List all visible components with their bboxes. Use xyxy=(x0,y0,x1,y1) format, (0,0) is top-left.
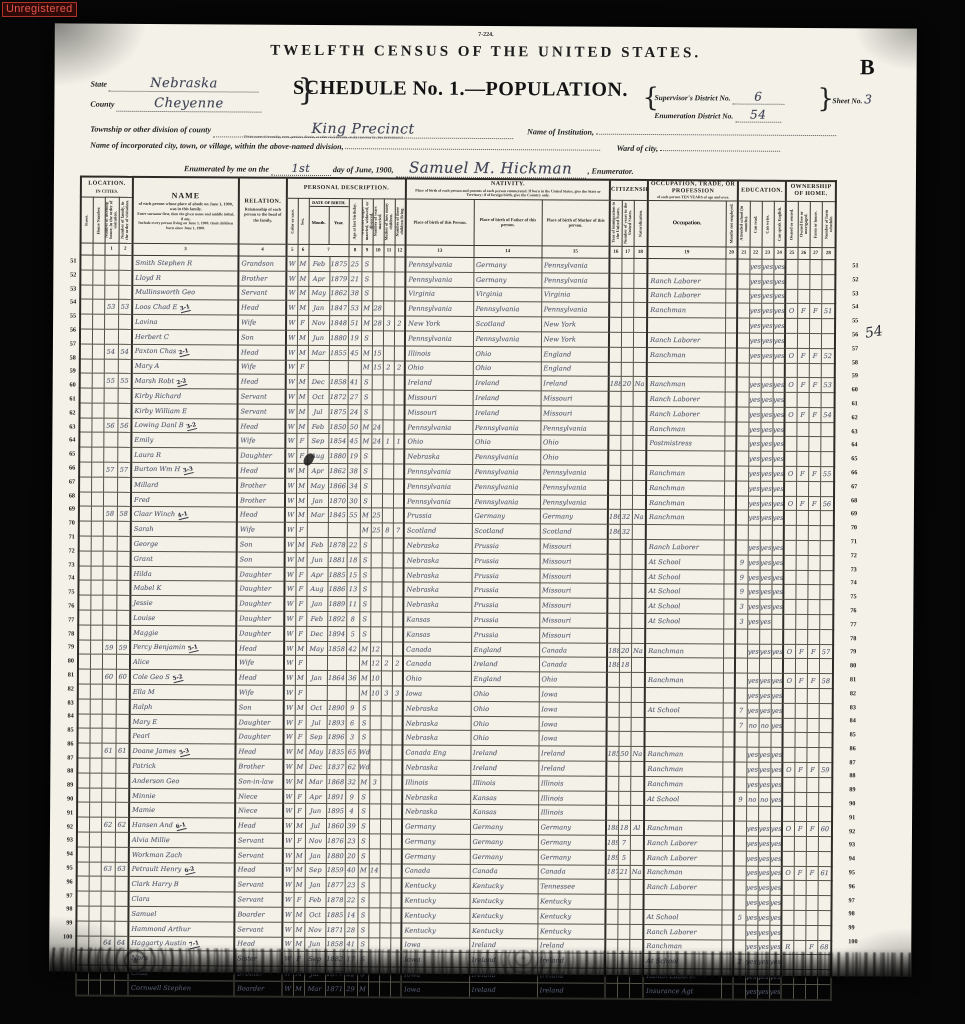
cell-pm: Kentucky xyxy=(537,924,605,939)
cell-wr: yes xyxy=(758,895,770,910)
col-header-sc: Attended school (in months). xyxy=(738,201,750,247)
cell-fs xyxy=(818,837,832,852)
cell-st xyxy=(80,344,92,359)
cell-pm: Ireland xyxy=(537,938,605,953)
cell-mc: 1 xyxy=(382,434,393,449)
cell-fm xyxy=(114,906,128,921)
cell-iy xyxy=(609,273,621,288)
cell-cl xyxy=(391,804,402,819)
cell-ag: 38 xyxy=(347,464,360,479)
cell-ym xyxy=(371,553,382,568)
cell-mc: 3 xyxy=(381,686,392,701)
cell-hn xyxy=(90,714,102,729)
col-header-fh: Farm or house. xyxy=(810,201,822,247)
col-header-ym: Number of years married. xyxy=(373,199,384,245)
cell-pb: Kentucky xyxy=(402,908,470,923)
cell-cr: W xyxy=(283,818,294,833)
cell-sc xyxy=(733,984,745,999)
cell-rd: yes xyxy=(748,481,760,496)
cell-yr: 1882 xyxy=(325,952,344,967)
cell-nm: Workman Zach xyxy=(129,847,235,862)
col-number-pm: 15 xyxy=(542,246,610,258)
cell-rl: Son xyxy=(236,700,284,715)
cell-fh xyxy=(808,555,820,570)
cell-cl: 2 xyxy=(392,656,403,671)
cell-pm: Iowa xyxy=(539,716,607,731)
cell-mc xyxy=(383,301,394,316)
line-number: 52 xyxy=(852,273,872,287)
tally-mark: 6-1 xyxy=(175,822,186,831)
cell-yu xyxy=(620,569,632,584)
cell-iy: 1868 xyxy=(608,525,620,540)
col-header-yu: Number of years in the United States. xyxy=(622,200,634,246)
cell-fh xyxy=(807,703,819,718)
line-number: 58 xyxy=(61,351,76,365)
cell-ag: 41 xyxy=(344,937,357,952)
cell-mo: Oct xyxy=(304,907,325,922)
cell-og xyxy=(797,393,809,408)
cell-en xyxy=(771,733,783,748)
cell-ms: S xyxy=(358,804,369,819)
cell-sc xyxy=(737,348,749,363)
cell-pb: Ohio xyxy=(403,671,471,686)
cell-og: F xyxy=(797,348,809,363)
cell-na xyxy=(633,332,647,347)
cell-fh xyxy=(806,807,818,822)
cell-og xyxy=(797,289,809,304)
cell-ag: 36 xyxy=(346,671,359,686)
cell-ow xyxy=(781,955,793,970)
cell-na: Al xyxy=(630,821,644,836)
cell-pm: Tennessee xyxy=(538,879,606,894)
cell-pb: Missouri xyxy=(405,390,473,405)
cell-fh: F xyxy=(807,644,819,659)
cell-mc xyxy=(381,627,392,642)
cell-en: yes xyxy=(773,348,785,363)
cell-cr: W xyxy=(285,419,296,434)
cell-ms: S xyxy=(359,701,370,716)
cell-cl xyxy=(391,819,402,834)
cell-cl xyxy=(391,834,402,849)
cell-wr: yes xyxy=(757,940,769,955)
cell-fh: F xyxy=(807,674,819,689)
cell-sx: M xyxy=(297,301,308,316)
cell-ag: 24 xyxy=(348,405,361,420)
col-header-ms: Whether single, married, widowed, or div… xyxy=(362,199,373,245)
cell-cr: W xyxy=(282,981,293,996)
cell-pb: Canada xyxy=(403,642,471,657)
cell-sc xyxy=(735,629,747,644)
cell-cr: W xyxy=(285,463,296,478)
line-number: 91 xyxy=(58,806,73,820)
cell-pb: Pennsylvania xyxy=(406,257,474,272)
line-number: 79 xyxy=(59,641,74,655)
cell-wr: yes xyxy=(760,540,772,555)
cell-rl: Brother xyxy=(238,271,286,286)
cell-sx: M xyxy=(296,478,307,493)
cell-cr: W xyxy=(284,626,295,641)
cell-st xyxy=(80,285,92,300)
line-number: 92 xyxy=(58,820,73,834)
cell-pf: Germany xyxy=(474,257,542,272)
cell-fh: F xyxy=(809,378,821,393)
cell-mn xyxy=(722,762,734,777)
cell-cl xyxy=(391,864,402,879)
cell-dw xyxy=(103,477,117,492)
cell-yr: 1891 xyxy=(326,789,345,804)
cell-mo: Jun xyxy=(304,937,325,952)
cell-pm: Ireland xyxy=(539,746,607,761)
cell-iy xyxy=(609,391,621,406)
cell-ms: M xyxy=(361,301,372,316)
cell-ym xyxy=(370,597,381,612)
cell-dw xyxy=(100,980,114,995)
cell-sx: F xyxy=(297,315,308,330)
cell-rd: yes xyxy=(746,821,758,836)
cell-yr: 1877 xyxy=(326,878,345,893)
cell-rd xyxy=(749,363,761,378)
cell-ow xyxy=(782,792,794,807)
cell-sc xyxy=(737,318,749,333)
institution-label: Name of Institution, xyxy=(527,127,594,136)
line-number: 71 xyxy=(60,530,75,544)
cell-na xyxy=(632,495,646,510)
cell-na xyxy=(630,835,644,850)
cell-yu xyxy=(617,954,629,969)
cell-nm: Paxton Chas2-1 xyxy=(132,344,238,359)
cell-ms: S xyxy=(360,464,371,479)
cell-ym xyxy=(369,819,380,834)
cell-en xyxy=(771,614,783,629)
township-label: Township or other division of county xyxy=(90,125,211,135)
cell-fs xyxy=(821,363,835,378)
cell-og xyxy=(795,600,807,615)
cell-fs xyxy=(819,659,833,674)
cell-fm: 58 xyxy=(117,507,131,522)
cell-fs xyxy=(818,792,832,807)
cell-hn xyxy=(91,447,103,462)
cell-yr: 1879 xyxy=(329,271,348,286)
cell-cr: W xyxy=(284,685,295,700)
line-number: 61 xyxy=(852,397,872,411)
line-number: 82 xyxy=(850,687,870,701)
cell-ow xyxy=(785,422,797,437)
cell-pm: Ohio xyxy=(539,672,607,687)
col-number-dob: 7 xyxy=(309,244,349,256)
line-number: 86 xyxy=(849,742,869,756)
cell-st xyxy=(77,862,89,877)
cell-ag: 20 xyxy=(345,848,358,863)
cell-cr: W xyxy=(285,537,296,552)
cell-yu: 20 xyxy=(619,643,631,658)
cell-oc: Ranch Laborer xyxy=(644,835,722,850)
cell-ms: S xyxy=(359,715,370,730)
cell-og xyxy=(795,718,807,733)
cell-na xyxy=(630,895,644,910)
cell-na xyxy=(631,717,645,732)
cell-hn xyxy=(92,388,104,403)
cell-nm: Lavina xyxy=(132,314,238,329)
cell-en: yes xyxy=(769,969,781,984)
cell-mc xyxy=(381,597,392,612)
cell-dw: 61 xyxy=(101,743,115,758)
line-number: 51 xyxy=(61,254,76,268)
cell-cl xyxy=(392,627,403,642)
cell-mo: May xyxy=(305,745,326,760)
cell-og xyxy=(797,274,809,289)
cell-pf: Ohio xyxy=(472,435,540,450)
cell-sc xyxy=(734,806,746,821)
col-number-pb: 13 xyxy=(406,245,474,257)
cell-cl xyxy=(391,878,402,893)
state-label: State xyxy=(91,80,108,89)
cell-en: yes xyxy=(771,644,783,659)
cell-fs xyxy=(817,970,831,985)
cell-pm: Ohio xyxy=(540,435,608,450)
cell-iy xyxy=(608,584,620,599)
cell-sx: F xyxy=(295,597,306,612)
cell-pm: Missouri xyxy=(539,628,607,643)
line-number: 93 xyxy=(849,839,869,853)
cell-nm: Louise xyxy=(130,610,236,625)
cell-ow xyxy=(783,629,795,644)
cell-fh xyxy=(805,970,817,985)
cell-ow xyxy=(783,688,795,703)
citizenship-group-header: CITIZENSHIP. xyxy=(610,180,648,201)
cell-iy xyxy=(606,761,618,776)
cell-rd: yes xyxy=(750,259,762,274)
line-number: 63 xyxy=(851,425,871,439)
cell-hn xyxy=(89,891,101,906)
line-number-gutter-right: 5152535455565758596061626364656667686970… xyxy=(842,259,872,949)
page-letter: B xyxy=(860,54,875,80)
cell-st xyxy=(77,876,89,891)
cell-wr: yes xyxy=(761,377,773,392)
cell-pf: Kentucky xyxy=(470,879,538,894)
cell-st xyxy=(79,492,91,507)
cell-yu xyxy=(619,732,631,747)
cell-pf: Kentucky xyxy=(469,923,537,938)
cell-fs xyxy=(817,985,831,1000)
line-number: 74 xyxy=(850,577,870,591)
line-number: 83 xyxy=(59,696,74,710)
cell-sc xyxy=(735,658,747,673)
cell-oc: Ranchman xyxy=(645,643,723,658)
cell-dw xyxy=(102,610,116,625)
cell-ms: M xyxy=(359,671,370,686)
cell-st xyxy=(78,714,90,729)
cell-sx: F xyxy=(297,360,308,375)
cell-hn xyxy=(90,595,102,610)
cell-pb: Nebraska xyxy=(402,804,470,819)
cell-og xyxy=(794,777,806,792)
cell-ms: S xyxy=(358,849,369,864)
location-group-header: LOCATION. IN CITIES. xyxy=(81,177,133,198)
cell-rl: Servant xyxy=(238,404,286,419)
cell-pf: Ireland xyxy=(470,760,538,775)
cell-ym: 3 xyxy=(369,775,380,790)
cell-yu xyxy=(617,939,629,954)
cell-rl: Wife xyxy=(238,315,286,330)
cell-cr: W xyxy=(284,641,295,656)
cell-pb: Germany xyxy=(402,834,470,849)
cell-pf: Pennsylvania xyxy=(472,450,540,465)
cell-nm: Mamie xyxy=(129,803,235,818)
cell-sc: 2 xyxy=(733,954,745,969)
cell-pb: Kentucky xyxy=(401,923,469,938)
cell-st xyxy=(79,507,91,522)
cell-hn xyxy=(90,669,102,684)
line-number: 88 xyxy=(849,770,869,784)
cell-rd: yes xyxy=(747,644,759,659)
cell-nm: Hilda xyxy=(131,566,237,581)
cell-iy xyxy=(608,569,620,584)
cell-yr: 1880 xyxy=(326,848,345,863)
cell-en: yes xyxy=(773,304,785,319)
cell-fh xyxy=(806,851,818,866)
cell-cr: W xyxy=(283,878,294,893)
cell-rd: yes xyxy=(746,851,758,866)
cell-sx: M xyxy=(297,345,308,360)
cell-ag: 11 xyxy=(346,597,359,612)
cell-pb: Kansas xyxy=(403,627,471,642)
form-number: 7-224. xyxy=(55,29,917,40)
cell-sx: M xyxy=(296,419,307,434)
cell-sc xyxy=(735,673,747,688)
cell-hn xyxy=(88,950,100,965)
cell-yr: 1837 xyxy=(326,760,345,775)
cell-nm: Kirby Richard xyxy=(132,388,238,403)
line-number: 85 xyxy=(59,724,74,738)
cell-pf: Prussia xyxy=(472,583,540,598)
cell-ag: 42 xyxy=(346,641,359,656)
cell-nm: Claar Winch4-1 xyxy=(131,507,237,522)
cell-mo: Aug xyxy=(306,582,327,597)
cell-cl xyxy=(394,286,405,301)
cell-ym xyxy=(368,952,379,967)
line-number: 75 xyxy=(59,586,74,600)
cell-fs xyxy=(821,422,835,437)
col-header-wr: Can write. xyxy=(762,201,774,247)
relation-column-header: RELATION. Relationship of each person to… xyxy=(239,178,287,245)
cell-oc: Ranch Laborer xyxy=(647,273,725,288)
cell-dw xyxy=(101,877,115,892)
cell-yu xyxy=(619,687,631,702)
cell-og xyxy=(794,896,806,911)
cell-en: yes xyxy=(769,925,781,940)
cell-mo: Jan xyxy=(307,493,328,508)
cell-wr: yes xyxy=(761,348,773,363)
cell-fh xyxy=(807,600,819,615)
cell-yu xyxy=(621,406,633,421)
cell-yu xyxy=(620,554,632,569)
census-sheet: 7-224. TWELFTH CENSUS OF THE UNITED STAT… xyxy=(49,23,917,976)
cell-ow xyxy=(785,363,797,378)
cell-hn xyxy=(90,684,102,699)
cell-sc xyxy=(736,451,748,466)
cell-fs xyxy=(822,259,836,274)
cell-na xyxy=(633,392,647,407)
cell-fm xyxy=(115,803,129,818)
col-number-yu: 17 xyxy=(622,246,634,258)
cell-fh xyxy=(807,629,819,644)
cell-hn xyxy=(91,403,103,418)
cell-nm: Haggarty Austin7-1 xyxy=(128,936,234,951)
cell-fs: 57 xyxy=(819,644,833,659)
line-number: 80 xyxy=(850,659,870,673)
cell-pm: Pennsylvania xyxy=(541,302,609,317)
cell-ow xyxy=(784,570,796,585)
cell-rl: Wife xyxy=(236,655,284,670)
cell-fm xyxy=(116,714,130,729)
cell-cr: W xyxy=(285,449,296,464)
cell-fm xyxy=(116,684,130,699)
tally-mark: 3-2 xyxy=(186,422,197,431)
cell-en: yes xyxy=(769,984,781,999)
col-number-ow: 25 xyxy=(786,247,798,259)
cell-cl xyxy=(393,568,404,583)
line-number: 69 xyxy=(851,508,871,522)
cell-og xyxy=(796,481,808,496)
cell-iy xyxy=(609,332,621,347)
cell-ag: 19 xyxy=(347,449,360,464)
cell-cl xyxy=(394,405,405,420)
cell-mo: Feb xyxy=(307,537,328,552)
line-number: 63 xyxy=(60,420,75,434)
cell-pf: Kentucky xyxy=(470,908,538,923)
cell-rl: Servant xyxy=(235,848,283,863)
cell-sx: M xyxy=(294,878,305,893)
cell-st xyxy=(79,462,91,477)
cell-pm: Canada xyxy=(539,642,607,657)
cell-ag: 34 xyxy=(347,479,360,494)
cell-og: F xyxy=(794,762,806,777)
col-header-fm: Number of family, in the order of visita… xyxy=(119,197,133,243)
line-number: 86 xyxy=(58,737,73,751)
cell-cl xyxy=(393,538,404,553)
cell-pm: Iowa xyxy=(539,687,607,702)
cell-ms: S xyxy=(359,582,370,597)
supervisor-value: 6 xyxy=(754,90,762,104)
cell-yr: 1855 xyxy=(329,345,348,360)
cell-mo: May xyxy=(307,478,328,493)
cell-fm xyxy=(114,951,128,966)
cell-cl xyxy=(392,716,403,731)
cell-na xyxy=(631,628,645,643)
cell-st xyxy=(80,329,92,344)
cell-mo: Jan xyxy=(308,301,329,316)
line-number: 57 xyxy=(852,342,872,356)
cell-hn xyxy=(89,876,101,891)
cell-cr: W xyxy=(285,508,296,523)
cell-oc xyxy=(645,717,723,732)
city-label: Name of incorporated city, town, or vill… xyxy=(90,141,344,152)
cell-en: yes xyxy=(772,540,784,555)
cell-st xyxy=(77,773,89,788)
cell-mo: Jun xyxy=(305,804,326,819)
cell-yu xyxy=(618,776,630,791)
line-number: 90 xyxy=(849,797,869,811)
cell-sx: M xyxy=(296,508,307,523)
cell-fs: 52 xyxy=(821,348,835,363)
cell-fm xyxy=(118,270,132,285)
cell-yu xyxy=(620,584,632,599)
cell-mo: Oct xyxy=(306,700,327,715)
cell-st xyxy=(76,950,88,965)
cell-mo: Jul xyxy=(304,967,325,982)
cell-mn xyxy=(725,333,737,348)
cell-oc: Ranch Laborer xyxy=(643,969,721,984)
